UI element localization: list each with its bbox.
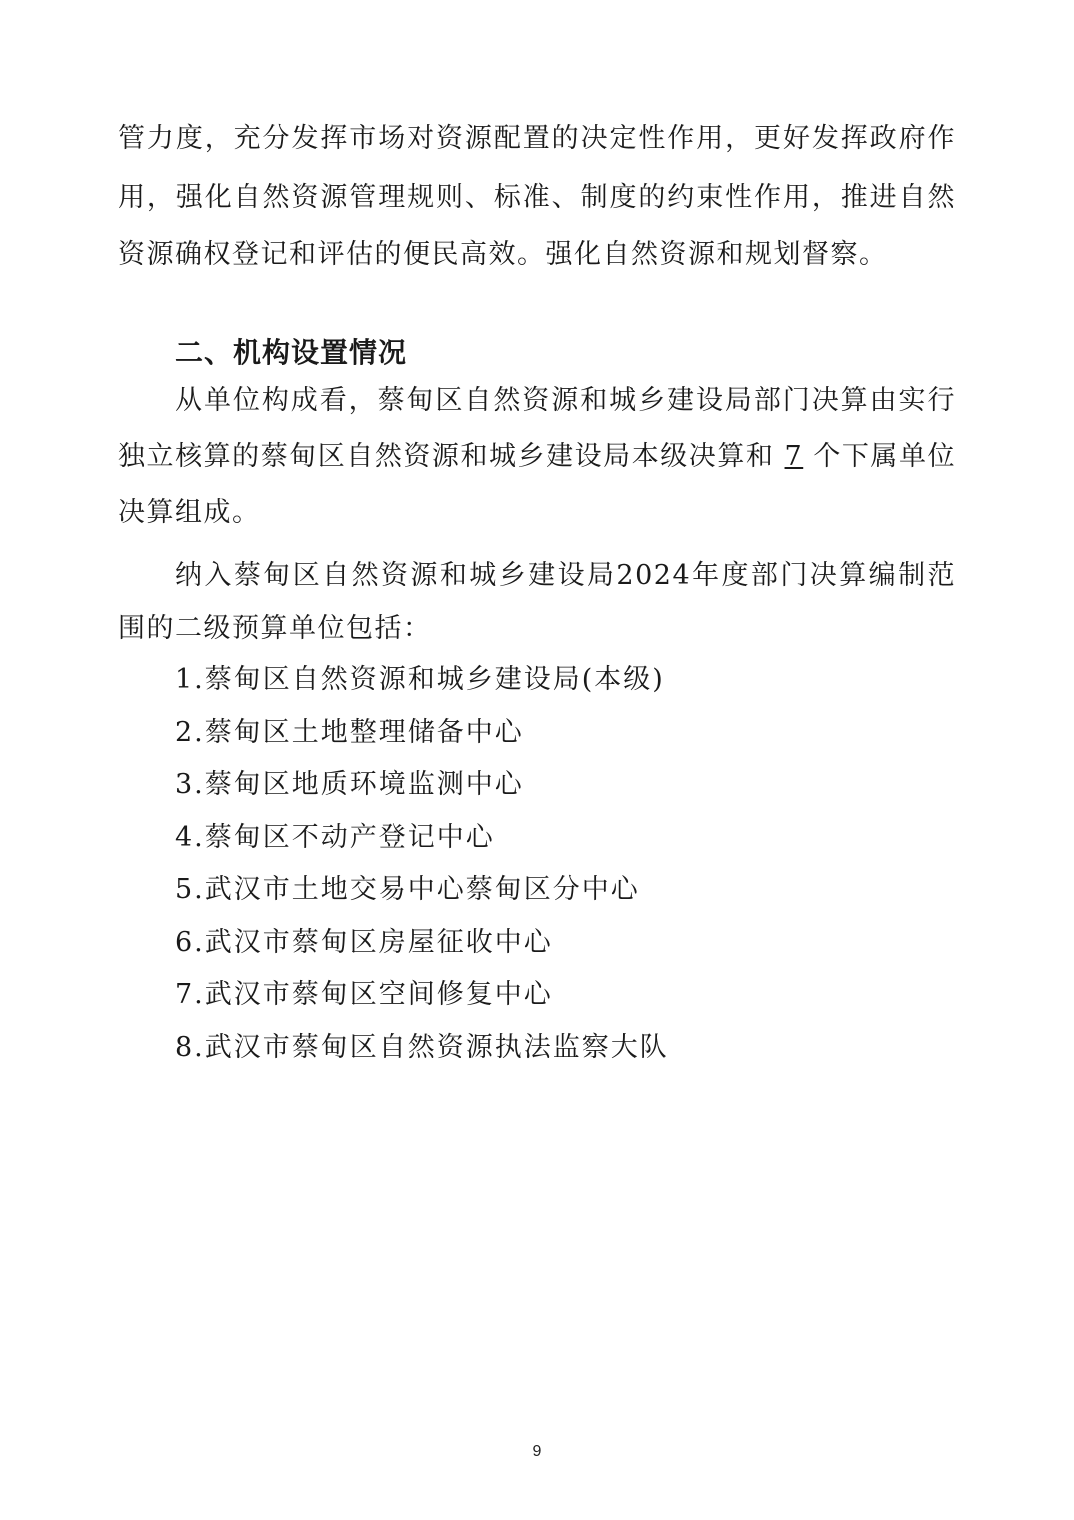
document-page: 管力度，充分发挥市场对资源配置的决定性作用，更好发挥政府作 用，强化自然资源管理… xyxy=(0,0,1074,1520)
intro-paragraph-line-1: 管力度，充分发挥市场对资源配置的决定性作用，更好发挥政府作 xyxy=(118,116,956,155)
subordinate-unit-count: 7 xyxy=(785,441,804,472)
page-number: 9 xyxy=(0,1443,1074,1461)
composition-paragraph-line-3: 决算组成。 xyxy=(118,490,261,529)
composition-text-before: 独立核算的蔡甸区自然资源和城乡建设局本级决算和 xyxy=(118,441,774,472)
list-item-unit-8: 8.武汉市蔡甸区自然资源执法监察大队 xyxy=(175,1025,669,1064)
list-item-unit-4: 4.蔡甸区不动产登记中心 xyxy=(175,815,495,854)
scope-paragraph-line-2: 围的二级预算单位包括： xyxy=(118,606,432,645)
list-item-unit-5: 5.武汉市土地交易中心蔡甸区分中心 xyxy=(175,867,640,906)
composition-paragraph-line-2: 独立核算的蔡甸区自然资源和城乡建设局本级决算和 7 个下属单位 xyxy=(118,434,956,473)
list-item-unit-2: 2.蔡甸区土地整理储备中心 xyxy=(175,710,524,749)
composition-paragraph-line-1: 从单位构成看，蔡甸区自然资源和城乡建设局部门决算由实行 xyxy=(175,378,956,417)
list-item-unit-6: 6.武汉市蔡甸区房屋征收中心 xyxy=(175,920,553,959)
list-item-unit-7: 7.武汉市蔡甸区空间修复中心 xyxy=(175,972,553,1011)
composition-text-after: 个下属单位 xyxy=(813,441,956,472)
list-item-unit-3: 3.蔡甸区地质环境监测中心 xyxy=(175,762,524,801)
intro-paragraph-line-2: 用，强化自然资源管理规则、标准、制度的约束性作用，推进自然 xyxy=(118,175,956,214)
section-heading: 二、机构设置情况 xyxy=(175,331,407,371)
intro-paragraph-line-3: 资源确权登记和评估的便民高效。强化自然资源和规划督察。 xyxy=(118,232,888,271)
list-item-unit-1: 1.蔡甸区自然资源和城乡建设局(本级) xyxy=(175,657,665,696)
scope-paragraph-line-1: 纳入蔡甸区自然资源和城乡建设局2024年度部门决算编制范 xyxy=(175,553,956,592)
